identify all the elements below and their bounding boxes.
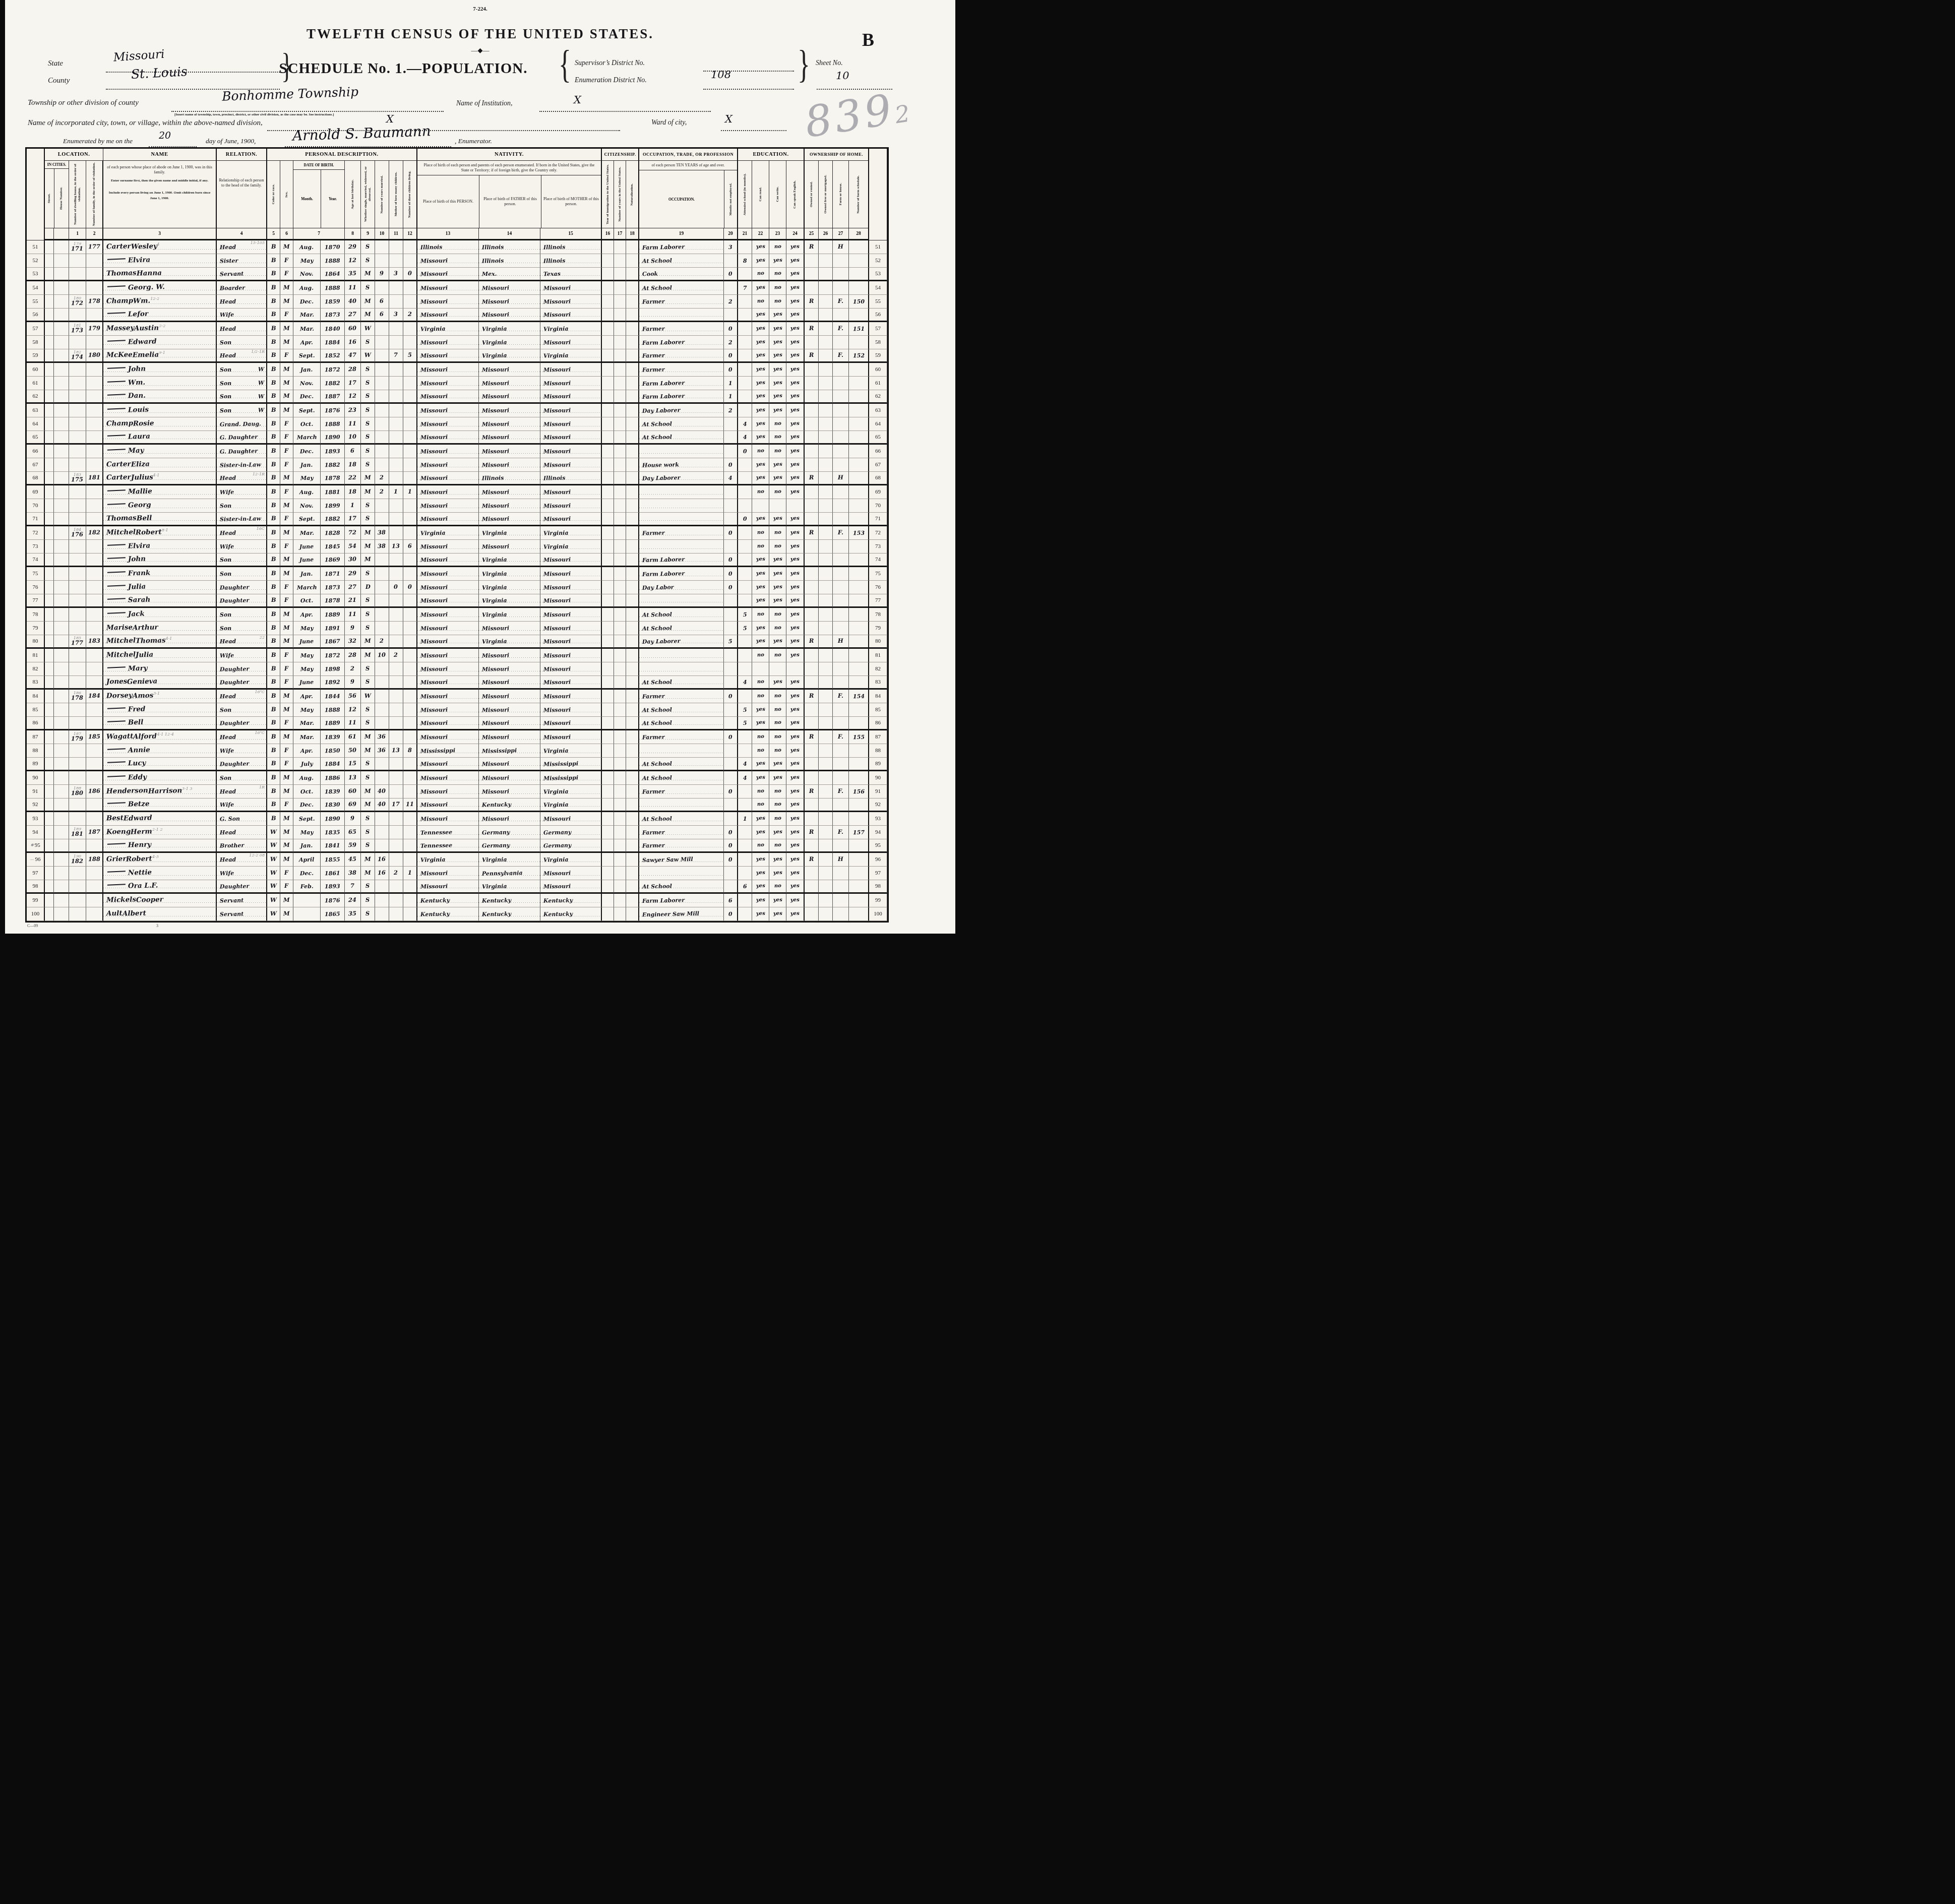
cell-attended-school: 4 — [738, 676, 752, 690]
cell-marital-status: M — [361, 853, 375, 867]
cell-name: Thomas Bell — [103, 513, 217, 526]
cell-occupation: At School — [639, 622, 724, 635]
line-number-left: 56 — [27, 309, 45, 322]
cell-owned-free-or-mortgaged — [819, 635, 833, 649]
line-number-right: 61 — [869, 377, 887, 390]
cell-occupation: Farm Laborer — [639, 377, 724, 390]
cell-farm-schedule-number — [849, 254, 869, 268]
cell-attended-school — [738, 485, 752, 499]
cell-can-read: no — [752, 540, 769, 554]
cell-family-number — [86, 594, 103, 608]
cell-marital-status: S — [361, 907, 375, 921]
cell-birth-month: July — [293, 758, 321, 771]
cell-years-in-us — [614, 594, 626, 608]
cell-owned-or-rented — [805, 839, 819, 853]
cell-mother-of-children — [389, 730, 403, 744]
cell-years-married — [375, 431, 389, 445]
cell-age: 65 — [345, 826, 361, 839]
header-occupation: of each person TEN YEARS of age and over… — [639, 161, 738, 228]
cell-color-or-race: B — [267, 554, 280, 567]
cell-attended-school — [738, 907, 752, 921]
cell-can-read: yes — [752, 390, 769, 404]
cell-years-in-us — [614, 839, 626, 853]
cell-farm-or-house — [833, 839, 849, 853]
cell-farm-or-house: F. — [833, 349, 849, 363]
cell-owned-free-or-mortgaged — [819, 349, 833, 363]
cell-age: 59 — [345, 839, 361, 853]
cell-street — [45, 445, 54, 458]
cell-birth-year: 1876 — [321, 404, 345, 417]
cell-house-number — [54, 254, 69, 268]
line-number-right: 75 — [869, 567, 887, 581]
cell-marital-status: S — [361, 826, 375, 839]
cell-children-living — [403, 363, 417, 377]
cell-farm-schedule-number — [849, 567, 869, 581]
cell-dwelling-number — [69, 894, 86, 907]
cell-name: Dan. — [103, 390, 217, 404]
cell-owned-or-rented — [805, 894, 819, 907]
cell-owned-or-rented — [805, 281, 819, 295]
cell-sex: F — [280, 744, 293, 758]
cell-marital-status: M — [361, 526, 375, 540]
cell-farm-schedule-number — [849, 417, 869, 431]
cell-birth-month: Nov. — [293, 268, 321, 281]
footer-print-code: C—09 — [27, 924, 38, 928]
cell-occupation: At School — [639, 431, 724, 445]
cell-name: Carter Eliza — [103, 458, 217, 472]
cell-street — [45, 812, 54, 826]
cell-birth-month: Aug. — [293, 240, 321, 254]
cell-owned-or-rented: R — [805, 526, 819, 540]
line-number-left: 62 — [27, 390, 45, 404]
cell-occupation: Farm Laborer — [639, 390, 724, 404]
cell-mother-of-children: 3 — [389, 268, 403, 281]
line-number-left: 72 — [27, 526, 45, 540]
cell-naturalization — [626, 472, 639, 485]
cell-relation: Sister — [217, 254, 267, 268]
column-number: 28 — [849, 228, 869, 240]
cell-name: Lucy — [103, 758, 217, 771]
cell-occupation: Farmer — [639, 349, 724, 363]
cell-color-or-race: B — [267, 404, 280, 417]
cell-birthplace-person: Missouri — [417, 485, 479, 499]
cell-name: McKee Emelia 9-1 — [103, 349, 217, 363]
cell-farm-schedule-number: 157 — [849, 826, 869, 839]
cell-can-speak-english — [786, 499, 805, 513]
cell-farm-or-house — [833, 771, 849, 785]
cell-relation: Head — [217, 322, 267, 336]
line-number-right: 59 — [869, 349, 887, 363]
cell-naturalization — [626, 839, 639, 853]
cell-can-write: yes — [769, 363, 786, 377]
cell-marital-status: S — [361, 254, 375, 268]
cell-color-or-race: B — [267, 622, 280, 635]
line-number-left: 98 — [27, 880, 45, 894]
census-page: 7-224. TWELFTH CENSUS OF THE UNITED STAT… — [5, 0, 955, 934]
cell-occupation — [639, 540, 724, 554]
cell-months-not-employed — [724, 867, 738, 880]
cell-birthplace-mother: Virginia — [540, 349, 602, 363]
cell-months-not-employed: 5 — [724, 635, 738, 649]
cell-years-married: 40 — [375, 799, 389, 812]
cell-birthplace-mother: Missouri — [540, 662, 602, 676]
cell-birthplace-mother: Missouri — [540, 445, 602, 458]
line-number-right: 68 — [869, 472, 887, 485]
cell-age: 10 — [345, 431, 361, 445]
cell-age: 35 — [345, 907, 361, 921]
cell-birth-year: 1884 — [321, 758, 345, 771]
cell-birthplace-father: Virginia — [479, 567, 540, 581]
cell-owned-or-rented — [805, 513, 819, 526]
cell-house-number — [54, 703, 69, 717]
line-number-right: 53 — [869, 268, 887, 281]
cell-years-married: 36 — [375, 730, 389, 744]
cell-birthplace-father: Virginia — [479, 635, 540, 649]
cell-relation: Son — [217, 703, 267, 717]
cell-family-number: 184 — [86, 690, 103, 703]
cell-farm-or-house — [833, 309, 849, 322]
cell-mother-of-children — [389, 295, 403, 309]
cell-can-write: yes — [769, 867, 786, 880]
cell-street — [45, 295, 54, 309]
cell-birthplace-father: Missouri — [479, 513, 540, 526]
cell-attended-school — [738, 526, 752, 540]
cell-immigration-year — [602, 526, 614, 540]
cell-birthplace-father: Missouri — [479, 690, 540, 703]
cell-children-living — [403, 690, 417, 703]
cell-children-living — [403, 240, 417, 254]
cell-birth-year: 1864 — [321, 268, 345, 281]
cell-months-not-employed: 1 — [724, 377, 738, 390]
cell-can-read: yes — [752, 240, 769, 254]
cell-birth-month: Mar. — [293, 526, 321, 540]
cell-years-married — [375, 594, 389, 608]
cell-dwelling-number: 189181 — [69, 826, 86, 839]
line-number-left: 88 — [27, 744, 45, 758]
cell-dwelling-number — [69, 676, 86, 690]
cell-birthplace-father: Missouri — [479, 812, 540, 826]
cell-can-speak-english: yes — [786, 404, 805, 417]
cell-children-living: 5 — [403, 349, 417, 363]
cell-mother-of-children: 3 — [389, 309, 403, 322]
cell-birthplace-person: Missouri — [417, 540, 479, 554]
cell-sex: M — [280, 690, 293, 703]
cell-can-read: yes — [752, 581, 769, 594]
cell-years-in-us — [614, 635, 626, 649]
cell-owned-or-rented: R — [805, 295, 819, 309]
line-number-right: 80 — [869, 635, 887, 649]
cell-birthplace-mother: Missouri — [540, 513, 602, 526]
cell-farm-schedule-number — [849, 554, 869, 567]
cell-years-in-us — [614, 309, 626, 322]
cell-birth-year: 1859 — [321, 295, 345, 309]
cell-can-speak-english: yes — [786, 744, 805, 758]
cell-age: 60 — [345, 322, 361, 336]
cell-house-number — [54, 349, 69, 363]
cell-owned-free-or-mortgaged — [819, 254, 833, 268]
cell-farm-or-house: F. — [833, 730, 849, 744]
cell-name: Louis — [103, 404, 217, 417]
cell-birth-month: Jan. — [293, 567, 321, 581]
cell-age: 45 — [345, 853, 361, 867]
cell-birthplace-father: Missouri — [479, 431, 540, 445]
cell-relation: Head16²C — [217, 690, 267, 703]
cell-months-not-employed — [724, 499, 738, 513]
cell-can-write: yes — [769, 567, 786, 581]
cell-relation: Head1/2-1R — [217, 349, 267, 363]
cell-years-in-us — [614, 240, 626, 254]
cell-color-or-race: B — [267, 581, 280, 594]
cell-owned-or-rented: R — [805, 826, 819, 839]
cell-can-speak-english: yes — [786, 785, 805, 799]
cell-farm-schedule-number — [849, 281, 869, 295]
cell-birthplace-father: Missouri — [479, 758, 540, 771]
cell-birth-year: 1898 — [321, 662, 345, 676]
cell-dwelling-number: 184176 — [69, 526, 86, 540]
cell-street — [45, 907, 54, 921]
cell-name: Edward — [103, 336, 217, 349]
cell-family-number: 183 — [86, 635, 103, 649]
cell-name: Laura — [103, 431, 217, 445]
cell-street — [45, 390, 54, 404]
cell-can-speak-english: yes — [786, 540, 805, 554]
cell-name: May — [103, 445, 217, 458]
cell-street — [45, 281, 54, 295]
cell-color-or-race: B — [267, 513, 280, 526]
enumerated-mid: day of June, 1900, — [206, 137, 256, 145]
line-number-left: 87 — [27, 730, 45, 744]
cell-birthplace-person: Tennessee — [417, 826, 479, 839]
cell-years-in-us — [614, 608, 626, 622]
cell-family-number — [86, 581, 103, 594]
cell-color-or-race: B — [267, 458, 280, 472]
cell-can-read: no — [752, 676, 769, 690]
cell-owned-free-or-mortgaged — [819, 894, 833, 907]
cell-can-speak-english: yes — [786, 594, 805, 608]
cell-can-read: yes — [752, 853, 769, 867]
cell-house-number — [54, 880, 69, 894]
cell-age: 32 — [345, 635, 361, 649]
cell-farm-or-house: H — [833, 240, 849, 254]
cell-sex: M — [280, 839, 293, 853]
cell-attended-school: 4 — [738, 417, 752, 431]
line-number-right: 89 — [869, 758, 887, 771]
cell-birthplace-person: Missouri — [417, 771, 479, 785]
cell-house-number — [54, 662, 69, 676]
cell-farm-or-house: H — [833, 472, 849, 485]
cell-owned-or-rented — [805, 703, 819, 717]
cell-attended-school — [738, 662, 752, 676]
cell-relation: Wife — [217, 485, 267, 499]
cell-owned-or-rented — [805, 554, 819, 567]
cell-dwelling-number — [69, 417, 86, 431]
cell-can-speak-english: yes — [786, 839, 805, 853]
cell-years-in-us — [614, 295, 626, 309]
cell-color-or-race: B — [267, 349, 280, 363]
cell-birthplace-mother: Kentucky — [540, 894, 602, 907]
cell-street — [45, 717, 54, 730]
cell-color-or-race: B — [267, 717, 280, 730]
cell-color-or-race: B — [267, 812, 280, 826]
column-number: 2 — [86, 228, 103, 240]
cell-mother-of-children — [389, 676, 403, 690]
cell-months-not-employed — [724, 880, 738, 894]
cell-relation: Servant — [217, 268, 267, 281]
cell-sex: M — [280, 322, 293, 336]
cell-can-write: yes — [769, 894, 786, 907]
cell-mother-of-children — [389, 499, 403, 513]
cell-sex: M — [280, 295, 293, 309]
cell-birth-month: Apr. — [293, 336, 321, 349]
township-value: Bonhomme Township — [222, 84, 359, 103]
cell-children-living — [403, 853, 417, 867]
cell-years-in-us — [614, 581, 626, 594]
line-number-left: 89 — [27, 758, 45, 771]
cell-marital-status: M — [361, 785, 375, 799]
cell-owned-or-rented — [805, 880, 819, 894]
cell-relation: Head — [217, 826, 267, 839]
cell-can-speak-english: yes — [786, 649, 805, 662]
cell-street — [45, 431, 54, 445]
line-number-right: 100 — [869, 907, 887, 921]
cell-years-in-us — [614, 867, 626, 880]
cell-can-read: no — [752, 839, 769, 853]
cell-dwelling-number — [69, 363, 86, 377]
cell-can-speak-english: yes — [786, 458, 805, 472]
cell-color-or-race: B — [267, 295, 280, 309]
cell-sex: F — [280, 717, 293, 730]
cell-birth-year: 1867 — [321, 635, 345, 649]
cell-relation: Son — [217, 622, 267, 635]
cell-age: 18 — [345, 485, 361, 499]
cell-street — [45, 567, 54, 581]
cell-farm-schedule-number — [849, 867, 869, 880]
cell-children-living: 8 — [403, 744, 417, 758]
line-number-left: 54 — [27, 281, 45, 295]
cell-owned-free-or-mortgaged — [819, 445, 833, 458]
cell-farm-or-house — [833, 431, 849, 445]
header-farm-schedule-number: Number of farm schedule. — [849, 161, 869, 228]
cell-color-or-race: B — [267, 771, 280, 785]
cell-family-number: 181 — [86, 472, 103, 485]
cell-naturalization — [626, 608, 639, 622]
cell-children-living — [403, 254, 417, 268]
cell-house-number — [54, 594, 69, 608]
cell-attended-school — [738, 240, 752, 254]
cell-birthplace-mother: Missouri — [540, 390, 602, 404]
cell-years-married: 2 — [375, 472, 389, 485]
cell-house-number — [54, 309, 69, 322]
cell-family-number — [86, 758, 103, 771]
cell-birth-month: Dec. — [293, 390, 321, 404]
cell-family-number — [86, 703, 103, 717]
cell-children-living — [403, 390, 417, 404]
cell-sex: F — [280, 880, 293, 894]
line-number-right: 81 — [869, 649, 887, 662]
cell-farm-or-house — [833, 567, 849, 581]
cell-children-living — [403, 281, 417, 295]
cell-name: Henderson Harrison 3-1 3 — [103, 785, 217, 799]
cell-street — [45, 703, 54, 717]
cell-family-number — [86, 608, 103, 622]
cell-color-or-race: B — [267, 254, 280, 268]
cell-marital-status: S — [361, 812, 375, 826]
cell-immigration-year — [602, 445, 614, 458]
cell-owned-free-or-mortgaged — [819, 839, 833, 853]
cell-sex: F — [280, 431, 293, 445]
cell-can-write: yes — [769, 322, 786, 336]
cell-marital-status: S — [361, 417, 375, 431]
cell-can-speak-english: yes — [786, 363, 805, 377]
line-number-right: 97 — [869, 867, 887, 880]
cell-months-not-employed — [724, 758, 738, 771]
cell-sex: F — [280, 676, 293, 690]
cell-birth-year: 1886 — [321, 771, 345, 785]
cell-color-or-race: B — [267, 594, 280, 608]
cell-owned-free-or-mortgaged — [819, 730, 833, 744]
cell-owned-or-rented — [805, 499, 819, 513]
line-number-header — [869, 149, 887, 240]
line-number-right: 94 — [869, 826, 887, 839]
cell-immigration-year — [602, 730, 614, 744]
line-number-left: 86 — [27, 717, 45, 730]
cell-birthplace-person: Missouri — [417, 349, 479, 363]
cell-birth-year: 1891 — [321, 622, 345, 635]
cell-children-living — [403, 322, 417, 336]
cell-farm-schedule-number — [849, 839, 869, 853]
cell-birthplace-father: Missouri — [479, 540, 540, 554]
cell-birth-month: Oct. — [293, 594, 321, 608]
cell-street — [45, 240, 54, 254]
cell-can-speak-english: yes — [786, 894, 805, 907]
cell-marital-status: S — [361, 594, 375, 608]
cell-sex: M — [280, 336, 293, 349]
cell-immigration-year — [602, 867, 614, 880]
cell-family-number — [86, 281, 103, 295]
cell-immigration-year — [602, 513, 614, 526]
cell-birth-month: Sept. — [293, 513, 321, 526]
cell-birthplace-person: Missouri — [417, 785, 479, 799]
header-sex: Sex. — [280, 161, 293, 228]
cell-attended-school: 5 — [738, 717, 752, 730]
cell-farm-schedule-number — [849, 594, 869, 608]
cell-can-write: no — [769, 485, 786, 499]
cell-farm-or-house — [833, 513, 849, 526]
cell-dwelling-number — [69, 431, 86, 445]
cell-birthplace-mother: Missouri — [540, 581, 602, 594]
cell-name: Eddy — [103, 771, 217, 785]
cell-street — [45, 377, 54, 390]
cell-marital-status: M — [361, 472, 375, 485]
cell-birth-month: Jan. — [293, 458, 321, 472]
header-mother-of-children: Mother of how many children. — [389, 161, 403, 228]
cell-months-not-employed: 0 — [724, 349, 738, 363]
cell-family-number — [86, 254, 103, 268]
cell-years-married: 9 — [375, 268, 389, 281]
cell-birthplace-person: Missouri — [417, 363, 479, 377]
cell-can-write: yes — [769, 907, 786, 921]
cell-can-read: no — [752, 730, 769, 744]
enumerated-suffix: , Enumerator. — [455, 137, 492, 145]
cell-farm-schedule-number — [849, 703, 869, 717]
enumerated-day: 20 — [159, 130, 171, 141]
cell-immigration-year — [602, 417, 614, 431]
cell-birth-month: May — [293, 703, 321, 717]
cell-birthplace-father: Germany — [479, 826, 540, 839]
cell-relation: G. Daughter — [217, 445, 267, 458]
cell-relation: Wife — [217, 649, 267, 662]
line-number-left: 53 — [27, 268, 45, 281]
